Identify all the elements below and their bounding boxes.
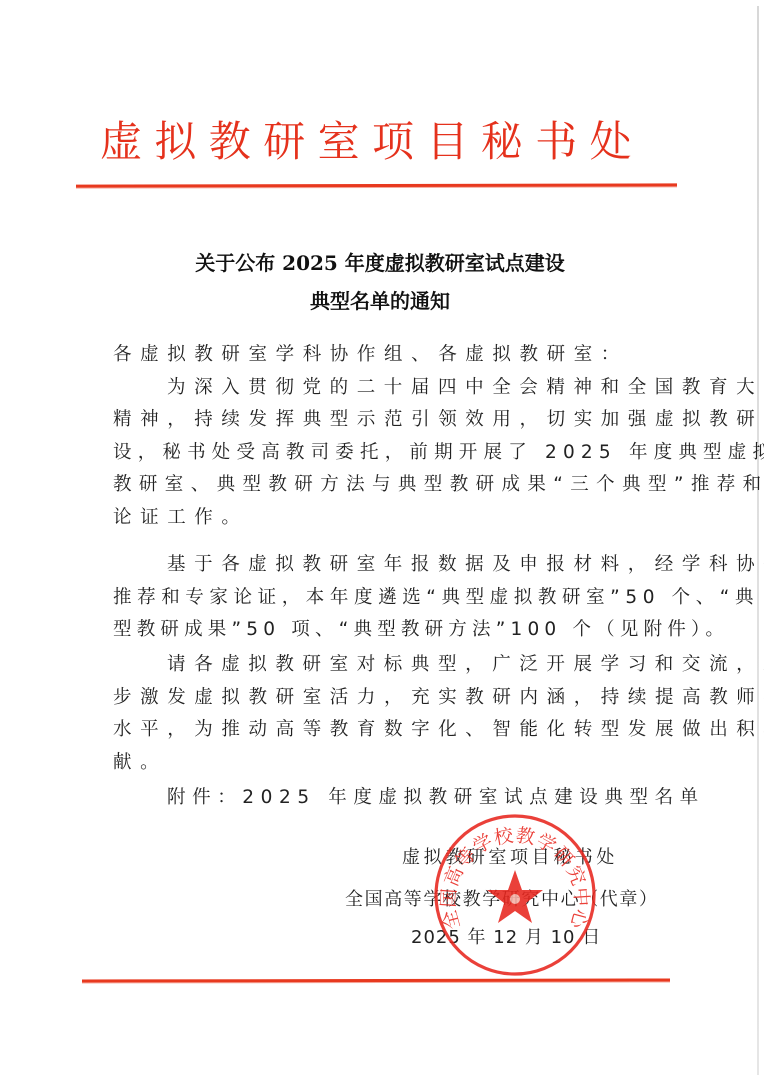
paragraph-1-line: 设，秘书处受高教司委托，前期开展了 2025 年度典型虚拟 — [113, 441, 643, 465]
page-edge — [757, 6, 759, 1075]
official-seal-stamp: 全国高等学校教学研究中心 — [432, 812, 598, 978]
paragraph-3-line: 请各虚拟教研室对标典型，广泛开展学习和交流，进一 — [167, 653, 697, 677]
paragraph-3-line: 水平，为推动高等教育数字化、智能化转型发展做出积极贡 — [113, 718, 643, 742]
paragraph-3-line: 献。 — [113, 751, 643, 775]
paragraph-3-line: 步激发虚拟教研室活力，充实教研内涵，持续提高教师教学 — [113, 686, 643, 710]
masthead-org-name: 虚拟教研室项目秘书处 — [100, 116, 660, 168]
salutation: 各虚拟教研室学科协作组、各虚拟教研室： — [113, 343, 643, 367]
paragraph-2-line: 基于各虚拟教研室年报数据及申报材料，经学科协作组 — [167, 553, 697, 577]
paragraph-2-line: 型教研成果”50 项、“典型教研方法”100 个（见附件）。 — [113, 618, 643, 642]
notice-title-line-1: 关于公布 2025 年度虚拟教研室试点建设 — [0, 251, 762, 275]
notice-title-line-2: 典型名单的通知 — [0, 289, 762, 313]
footer-divider — [82, 978, 670, 982]
paragraph-1-line: 精神，持续发挥典型示范引领效用，切实加强虚拟教研室建 — [113, 408, 643, 432]
paragraph-1-line: 教研室、典型教研方法与典型教研成果“三个典型”推荐和 — [113, 473, 643, 497]
paragraph-2-line: 推荐和专家论证，本年度遴选“典型虚拟教研室”50 个、“典 — [113, 586, 643, 610]
seal-icon: 全国高等学校教学研究中心 — [432, 812, 598, 978]
attachment-line: 附件：2025 年度虚拟教研室试点建设典型名单 — [167, 786, 697, 810]
paragraph-1-line: 为深入贯彻党的二十届四中全会精神和全国教育大会 — [167, 376, 697, 400]
paragraph-1-line: 论证工作。 — [113, 506, 643, 530]
masthead-divider — [76, 183, 677, 187]
